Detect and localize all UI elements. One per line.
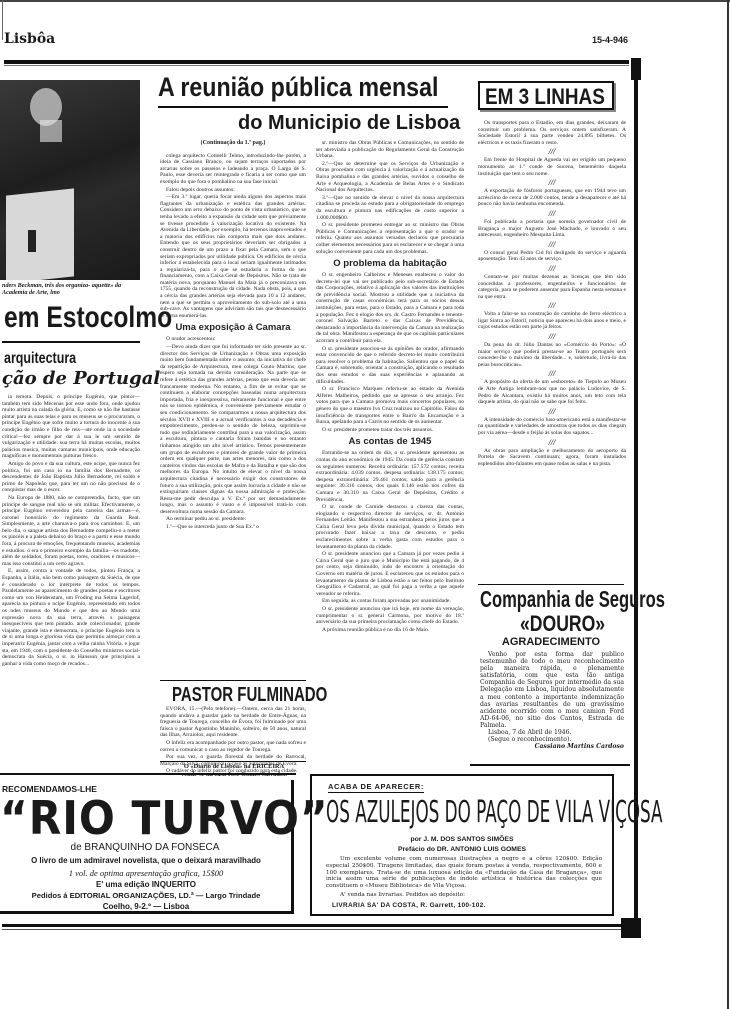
paragraph: Amigo do povo e da sua cultura, este nci… bbox=[2, 461, 140, 494]
em3linhas-title: EM 3 LINHAS bbox=[485, 85, 605, 109]
main-title-rule bbox=[158, 106, 448, 108]
left-headline-rule bbox=[2, 341, 140, 343]
top-border-rule bbox=[0, 0, 730, 2]
azulejos-title: OS AZULEJOS DO PAÇO DE VILA VIÇOSA bbox=[326, 796, 663, 830]
douro-body: Venho por esta forma dar publico testemu… bbox=[480, 651, 624, 729]
list-item: Volta a falar-se na construção do caminh… bbox=[478, 311, 626, 331]
main-article-col-2: sr. ministro das Obras Públicas e Comuni… bbox=[316, 140, 464, 634]
list-item: Contam-se por muitas dezenas as licenças… bbox=[478, 274, 626, 300]
paragraph: O sr. presidente prometeu entregar ao sr… bbox=[316, 222, 464, 255]
rio-turvo-title: “RIO TURVO” bbox=[0, 794, 329, 842]
bottom-right-block bbox=[621, 918, 641, 938]
rio-turvo-line-1: O livro de um admiravel novelista, que o… bbox=[0, 856, 292, 865]
left-article-body: ia remota. Depois, o príncipe Eugénio, q… bbox=[2, 394, 140, 668]
azulejos-author: por J. M. DOS SANTOS SIMÕES bbox=[312, 836, 612, 843]
paragraph: Entrando-se na ordem do dia, o sr. presi… bbox=[316, 450, 464, 503]
item-separator: /// bbox=[478, 332, 626, 341]
item-separator: /// bbox=[478, 209, 626, 218]
rio-turvo-line-2: 1 vol. de optima apresentação grafica, 1… bbox=[0, 868, 292, 878]
item-separator: /// bbox=[478, 407, 626, 416]
rio-turvo-line-5: Coelho, 9-2.º — Lisboa bbox=[0, 902, 292, 911]
douro-top-rule bbox=[478, 584, 624, 585]
photo-model-board bbox=[6, 188, 74, 280]
paragraph: ia remota. Depois, o príncipe Eugénio, q… bbox=[2, 394, 140, 460]
item-separator: /// bbox=[478, 264, 626, 273]
douro-subtitle: AGRADECIMENTO bbox=[478, 636, 624, 648]
paragraph: A próxima reunião pública é no dia 16 de… bbox=[316, 627, 464, 634]
paragraph: O orador acrescentou: bbox=[160, 336, 306, 343]
continuation-note: (Continuação da 1.ª pag.) bbox=[160, 140, 306, 147]
douro-signature: Cassiano Martins Cardoso bbox=[480, 743, 624, 750]
paragraph: Ao terminar pediu ao sr. presidente: bbox=[160, 516, 306, 523]
azulejos-preface: Prefácio do DR. ANTONIO LUIS GOMES bbox=[312, 846, 612, 853]
paragraph: O sr. Francisco Marques referiu-se ao es… bbox=[316, 386, 464, 426]
item-separator: /// bbox=[478, 147, 626, 156]
douro-note: (Segue o reconhecimento). bbox=[480, 736, 624, 743]
paragraph: O sr. presidente associou-se ás opiniões… bbox=[316, 346, 464, 386]
em3linhas-list: Os transportes para o Estadio, em dias g… bbox=[478, 120, 626, 468]
right-column-border bbox=[634, 78, 638, 920]
pastor-notice-rule bbox=[160, 761, 306, 762]
douro-date: Lisboa, 7 de Abril de 1946. bbox=[480, 729, 624, 736]
masthead: Lisbôa 15-4-946 bbox=[0, 28, 730, 48]
notice-line-1: O «Diario de Lisboa» na ERICEIRA bbox=[160, 763, 308, 771]
main-article-col-1: (Continuação da 1.ª pag.) colega arquite… bbox=[160, 140, 306, 532]
masthead-rule-thin bbox=[4, 65, 629, 66]
paragraph: E, assim, contra a vontade de todos, pin… bbox=[2, 568, 140, 667]
list-item: Em frente do Hospital de Agueda vai ser … bbox=[478, 157, 626, 177]
paragraph: O sr. conde de Carnide destacou a clarez… bbox=[316, 504, 464, 550]
page-right-edge bbox=[727, 0, 729, 1009]
paragraph: 3.º—Que no sentido de elevar o nível da … bbox=[316, 195, 464, 221]
list-item: A exportação de fósforos portugueses, qu… bbox=[478, 188, 626, 208]
em3linhas-title-box: EM 3 LINHAS bbox=[478, 81, 614, 110]
item-separator: /// bbox=[478, 178, 626, 187]
paragraph: colega arquitecto Cotinelli Telmo, intro… bbox=[160, 153, 306, 186]
subhead-contas: As contas de 1945 bbox=[316, 436, 464, 448]
azulejos-body: Um excelente volume com numerosas ilustr… bbox=[326, 856, 602, 890]
paragraph: —Em 3.º lugar, queria focar ainda alguns… bbox=[160, 194, 306, 319]
right-column-block bbox=[631, 58, 641, 80]
douro-title-2: «DOURO» bbox=[520, 612, 605, 636]
azulejos-sale: A' venda nas livrarias. Pedidos ao depós… bbox=[340, 892, 465, 898]
rio-turvo-line-3: E' uma edição INQUERITO bbox=[0, 880, 292, 889]
list-item: Os transportes para o Estadio, em dias g… bbox=[478, 120, 626, 146]
paragraph: O infeliz era acompanhado por outro past… bbox=[160, 740, 306, 753]
section-title: Lisbôa bbox=[4, 31, 55, 47]
photo-caption: nders Beckman, três dos organiza- aquett… bbox=[2, 282, 142, 296]
ericeira-notice: O «Diario de Lisboa» na ERICEIRA vende-s… bbox=[160, 763, 308, 779]
paragraph: EVORA, 15.—(Pelo telefone).—Ontem, cerca… bbox=[160, 706, 306, 739]
pastor-headline: PASTOR FULMINADO bbox=[172, 684, 327, 706]
list-item: A propósito da oferta de um «esboceto» d… bbox=[478, 379, 626, 405]
item-separator: /// bbox=[478, 369, 626, 378]
paragraph: O sr. engenheiro Calheiros e Meneses ena… bbox=[316, 272, 464, 345]
paragraph: Na Europa de 1880, não se compreendia, f… bbox=[2, 495, 140, 568]
paragraph: —Devo ainda dizer que fui informado ter … bbox=[160, 344, 306, 515]
paragraph: O sr. presidente anunciou que a Camara j… bbox=[316, 551, 464, 597]
azulejos-depot: LIVRARIA SA' DA COSTA, R. Garrett, 100-1… bbox=[332, 902, 486, 909]
azulejos-kicker: ACABA DE APARECER: bbox=[328, 782, 424, 793]
subhead-habitacao: O problema da habitação bbox=[316, 258, 464, 270]
item-separator: /// bbox=[478, 240, 626, 249]
list-item: A intensidade do comércio luso-americano… bbox=[478, 417, 626, 437]
douro-title-1: Companhia de Seguros bbox=[480, 586, 665, 612]
photo bbox=[0, 80, 140, 280]
item-separator: /// bbox=[478, 438, 626, 447]
issue-date: 15-4-946 bbox=[592, 35, 628, 45]
list-item: As obras para ampliação e melhoramento d… bbox=[478, 448, 626, 468]
left-subhead-2: ção de Portugal bbox=[2, 368, 160, 389]
paragraph: Falou depois doutros assuntos: bbox=[160, 187, 306, 194]
paragraph: sr. ministro das Obras Públicas e Comuni… bbox=[316, 140, 464, 160]
left-headline: em Estocolmo bbox=[4, 302, 172, 334]
pastor-top-rule bbox=[160, 680, 306, 681]
douro-body-block: Venho por esta forma dar publico testemu… bbox=[480, 651, 624, 750]
photo-model-mark bbox=[28, 230, 36, 252]
paragraph: O sr. presidente anunciou que irá hoje, … bbox=[316, 606, 464, 626]
paragraph: Em seguida, as contas foram aprovadas po… bbox=[316, 598, 464, 605]
paragraph: 2.º—Que se determine que os Serviços de … bbox=[316, 161, 464, 194]
douro-bottom-rule bbox=[470, 764, 630, 766]
azulejos-ad: ACABA DE APARECER: OS AZULEJOS DO PAÇO D… bbox=[310, 774, 614, 916]
page-bottom-rule-thin bbox=[2, 929, 630, 930]
main-title-line-2: do Municipio de Lisboa bbox=[238, 112, 460, 135]
main-title-line-1: A reunião pública mensal bbox=[158, 72, 438, 102]
masthead-rule bbox=[4, 60, 629, 64]
rio-turvo-line-4: Pedidos á EDITORIAL ORGANIZAÇÕES, LD.ª —… bbox=[0, 891, 292, 900]
rio-turvo-ad: RECOMENDAMOS-LHE “RIO TURVO” de BRANQUIN… bbox=[0, 780, 294, 914]
ads-top-rule bbox=[0, 773, 296, 775]
list-item: Da pena do dr. Júlio Dantas no «Comércio… bbox=[478, 342, 626, 368]
list-item: O consul geral Pedro Cid foi desligado d… bbox=[478, 250, 626, 263]
photo-figure-shirt bbox=[40, 120, 62, 142]
page-bottom-rule bbox=[2, 924, 630, 927]
left-subhead-1: arquitectura bbox=[4, 350, 76, 368]
list-item: Foi publicada a portaria que nomeia gove… bbox=[478, 219, 626, 239]
subhead-exposicao: Uma exposição á Camara bbox=[160, 322, 306, 334]
rio-turvo-author: de BRANQUINHO DA FONSECA bbox=[0, 842, 290, 853]
paragraph: 1.º—Que se interceda junto de Sua Ex.ª o bbox=[160, 524, 306, 531]
paragraph: O sr. presidente prometeu tratar dos trê… bbox=[316, 427, 464, 434]
item-separator: /// bbox=[478, 301, 626, 310]
